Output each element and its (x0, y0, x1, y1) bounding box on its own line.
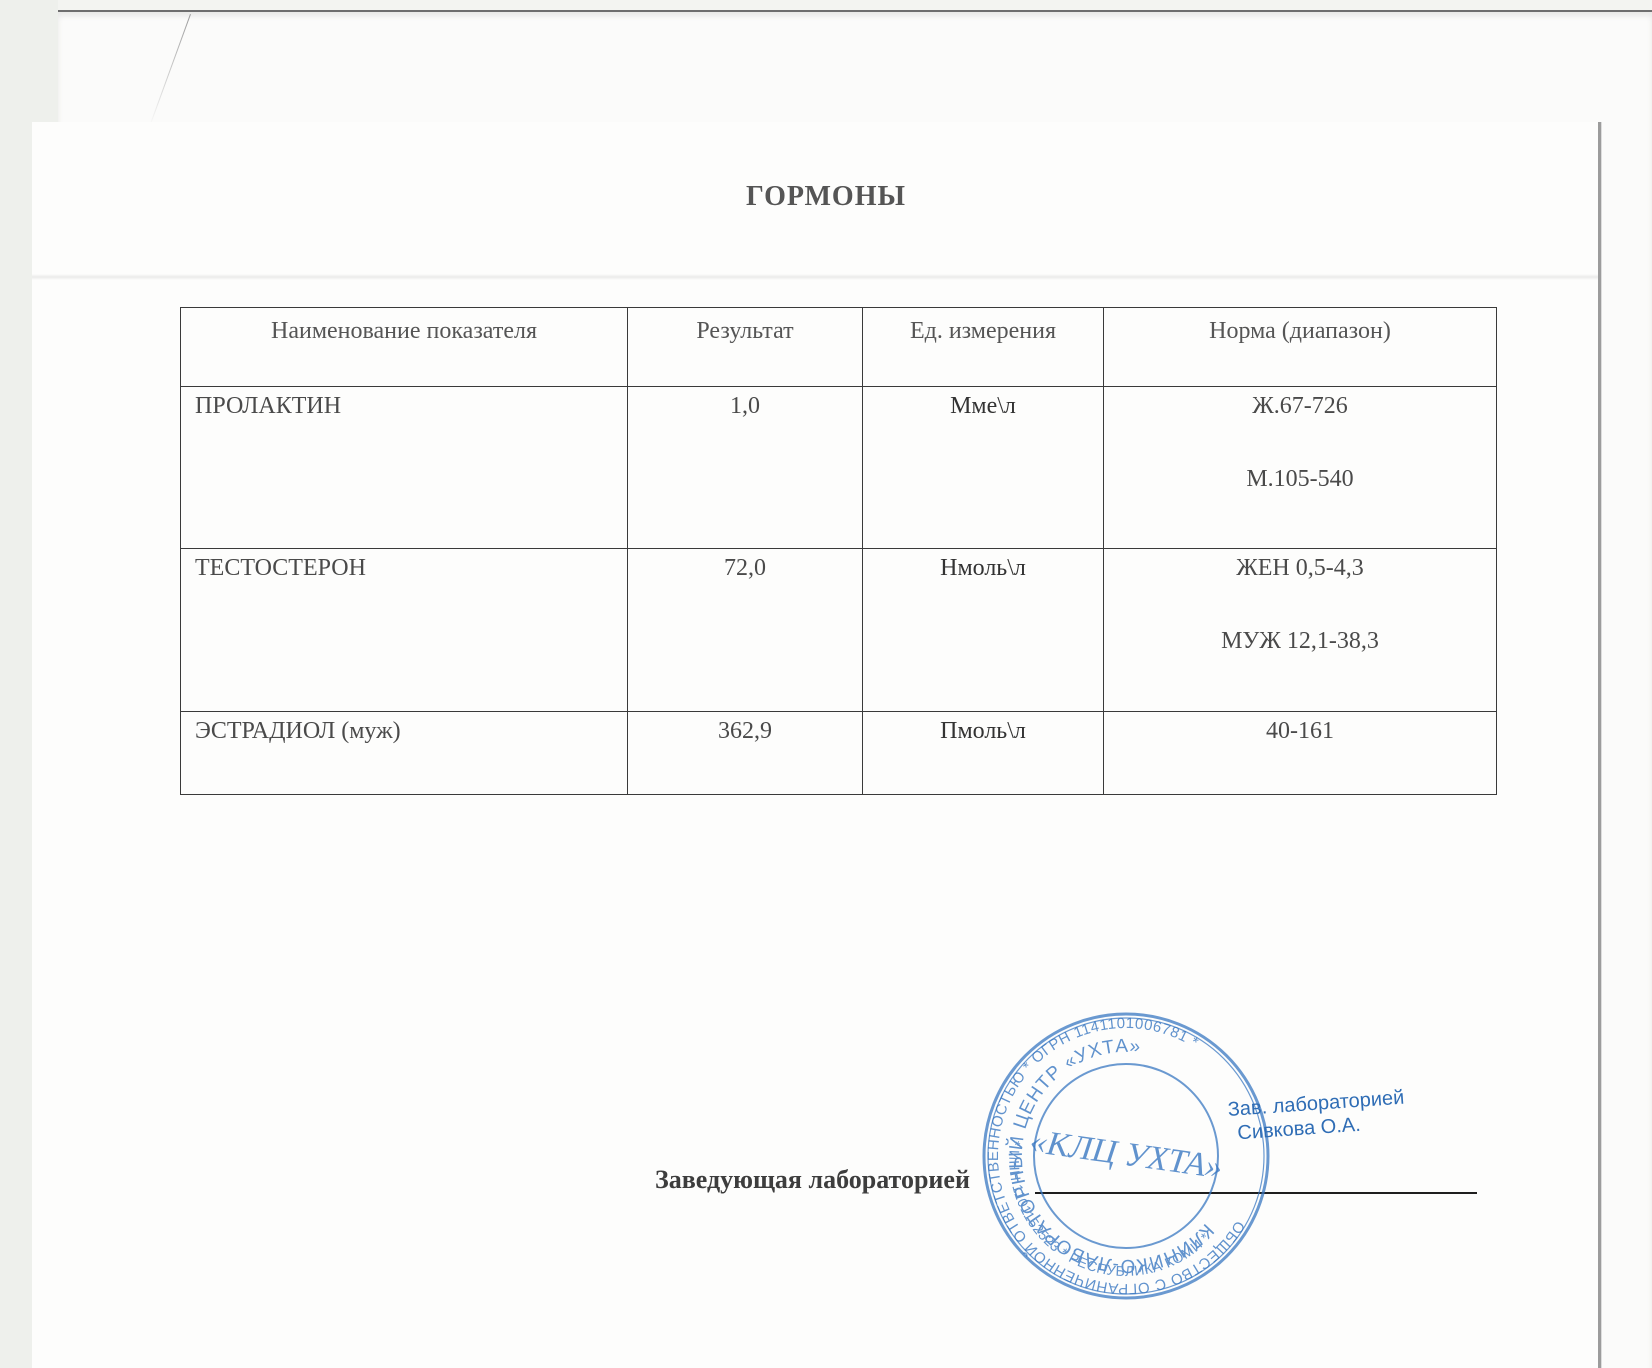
cell-unit: Мме\л (863, 387, 1104, 549)
signature-label: Заведующая лабораторией (655, 1165, 970, 1195)
page-fold (32, 274, 1598, 280)
stamp-center-text: «КЛЦ УХТА» (1028, 1123, 1225, 1187)
laboratory-stamp: ОБЩЕСТВО С ОГРАНИЧЕННОЙ ОТВЕТСТВЕННОСТЬЮ… (980, 1010, 1272, 1302)
document-title: ГОРМОНЫ (0, 181, 1652, 213)
table-row: ТЕСТОСТЕРОН 72,0 Нмоль\л ЖЕН 0,5-4,3 МУЖ… (181, 549, 1497, 712)
results-table: Наименование показателя Результат Ед. из… (180, 307, 1497, 795)
cell-norm: 40-161 (1104, 712, 1497, 795)
cell-result: 1,0 (628, 387, 863, 549)
table-row: ЭСТРАДИОЛ (муж) 362,9 Пмоль\л 40-161 (181, 712, 1497, 795)
cell-unit: Нмоль\л (863, 549, 1104, 712)
table-row: ПРОЛАКТИН 1,0 Мме\л Ж.67-726 М.105-540 (181, 387, 1497, 549)
header-unit: Ед. измерения (863, 308, 1104, 387)
cell-result: 72,0 (628, 549, 863, 712)
cell-norm: ЖЕН 0,5-4,3 МУЖ 12,1-38,3 (1104, 549, 1497, 712)
header-indicator: Наименование показателя (181, 308, 628, 387)
cell-unit: Пмоль\л (863, 712, 1104, 795)
cell-norm: Ж.67-726 М.105-540 (1104, 387, 1497, 549)
header-norm: Норма (диапазон) (1104, 308, 1497, 387)
table-header-row: Наименование показателя Результат Ед. из… (181, 308, 1497, 387)
cell-name: ТЕСТОСТЕРОН (181, 549, 628, 712)
cell-result: 362,9 (628, 712, 863, 795)
cell-name: ЭСТРАДИОЛ (муж) (181, 712, 628, 795)
header-result: Результат (628, 308, 863, 387)
cell-name: ПРОЛАКТИН (181, 387, 628, 549)
